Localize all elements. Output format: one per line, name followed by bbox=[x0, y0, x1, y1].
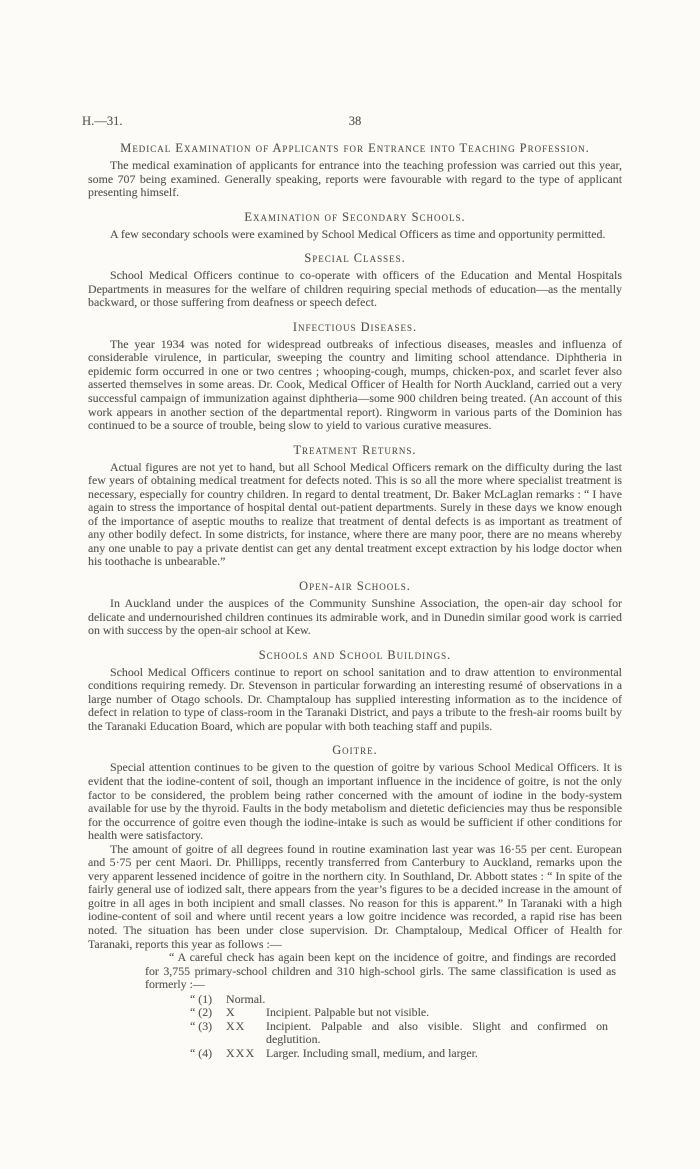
document-page: H.—31. 38 Medical Examination of Applica… bbox=[0, 0, 700, 1169]
list-item-grade: X bbox=[226, 1006, 266, 1020]
section-open-air-schools: Open-air Schools. In Auckland under the … bbox=[88, 579, 622, 638]
paragraph: A few secondary schools were examined by… bbox=[88, 228, 622, 242]
paragraph: The year 1934 was noted for widespread o… bbox=[88, 338, 622, 433]
section-medical-examination: Medical Examination of Applicants for En… bbox=[88, 141, 622, 200]
section-special-classes: Special Classes. School Medical Officers… bbox=[88, 251, 622, 310]
list-item-text: Normal. bbox=[226, 993, 622, 1007]
list-item-marker: “ (1) bbox=[190, 993, 226, 1007]
section-schools-and-buildings: Schools and School Buildings. School Med… bbox=[88, 648, 622, 734]
list-item-marker: “ (3) bbox=[190, 1020, 226, 1047]
list-item: “ (3) XX Incipient. Palpable and also vi… bbox=[190, 1020, 622, 1047]
list-item-marker: “ (2) bbox=[190, 1006, 226, 1020]
paragraph: The medical examination of applicants fo… bbox=[88, 159, 622, 200]
section-infectious-diseases: Infectious Diseases. The year 1934 was n… bbox=[88, 320, 622, 433]
paragraph: School Medical Officers continue to repo… bbox=[88, 666, 622, 734]
list-item-marker: “ (4) bbox=[190, 1047, 226, 1061]
section-heading: Special Classes. bbox=[88, 251, 622, 266]
section-heading: Goitre. bbox=[88, 743, 622, 758]
section-goitre: Goitre. Special attention continues to b… bbox=[88, 743, 622, 1060]
section-heading: Schools and School Buildings. bbox=[88, 648, 622, 663]
list-item-grade: XX bbox=[226, 1020, 266, 1047]
list-item-text: Incipient. Palpable but not visible. bbox=[266, 1006, 622, 1020]
section-heading: Treatment Returns. bbox=[88, 443, 622, 458]
list-item-text: Incipient. Palpable and also visible. Sl… bbox=[266, 1020, 622, 1047]
section-heading: Medical Examination of Applicants for En… bbox=[88, 141, 622, 156]
section-secondary-schools: Examination of Secondary Schools. A few … bbox=[88, 210, 622, 242]
goitre-classification-list: “ (1) Normal. “ (2) X Incipient. Palpabl… bbox=[190, 993, 622, 1061]
paragraph: Actual figures are not yet to hand, but … bbox=[88, 461, 622, 569]
section-heading: Examination of Secondary Schools. bbox=[88, 210, 622, 225]
paragraph: School Medical Officers continue to co-o… bbox=[88, 269, 622, 310]
section-treatment-returns: Treatment Returns. Actual figures are no… bbox=[88, 443, 622, 569]
page-header: H.—31. 38 bbox=[88, 114, 622, 131]
page-number: 38 bbox=[88, 114, 622, 129]
section-heading: Infectious Diseases. bbox=[88, 320, 622, 335]
paragraph: In Auckland under the auspices of the Co… bbox=[88, 597, 622, 638]
goitre-report-quote: “ A careful check has again been kept on… bbox=[145, 951, 616, 992]
list-item: “ (2) X Incipient. Palpable but not visi… bbox=[190, 1006, 622, 1020]
section-heading: Open-air Schools. bbox=[88, 579, 622, 594]
list-item-text: Larger. Including small, medium, and lar… bbox=[266, 1047, 622, 1061]
list-item: “ (1) Normal. bbox=[190, 993, 622, 1007]
list-item: “ (4) XXX Larger. Including small, mediu… bbox=[190, 1047, 622, 1061]
paragraph: Special attention continues to be given … bbox=[88, 761, 622, 842]
list-item-grade: XXX bbox=[226, 1047, 266, 1061]
paragraph: The amount of goitre of all degrees foun… bbox=[88, 843, 622, 951]
